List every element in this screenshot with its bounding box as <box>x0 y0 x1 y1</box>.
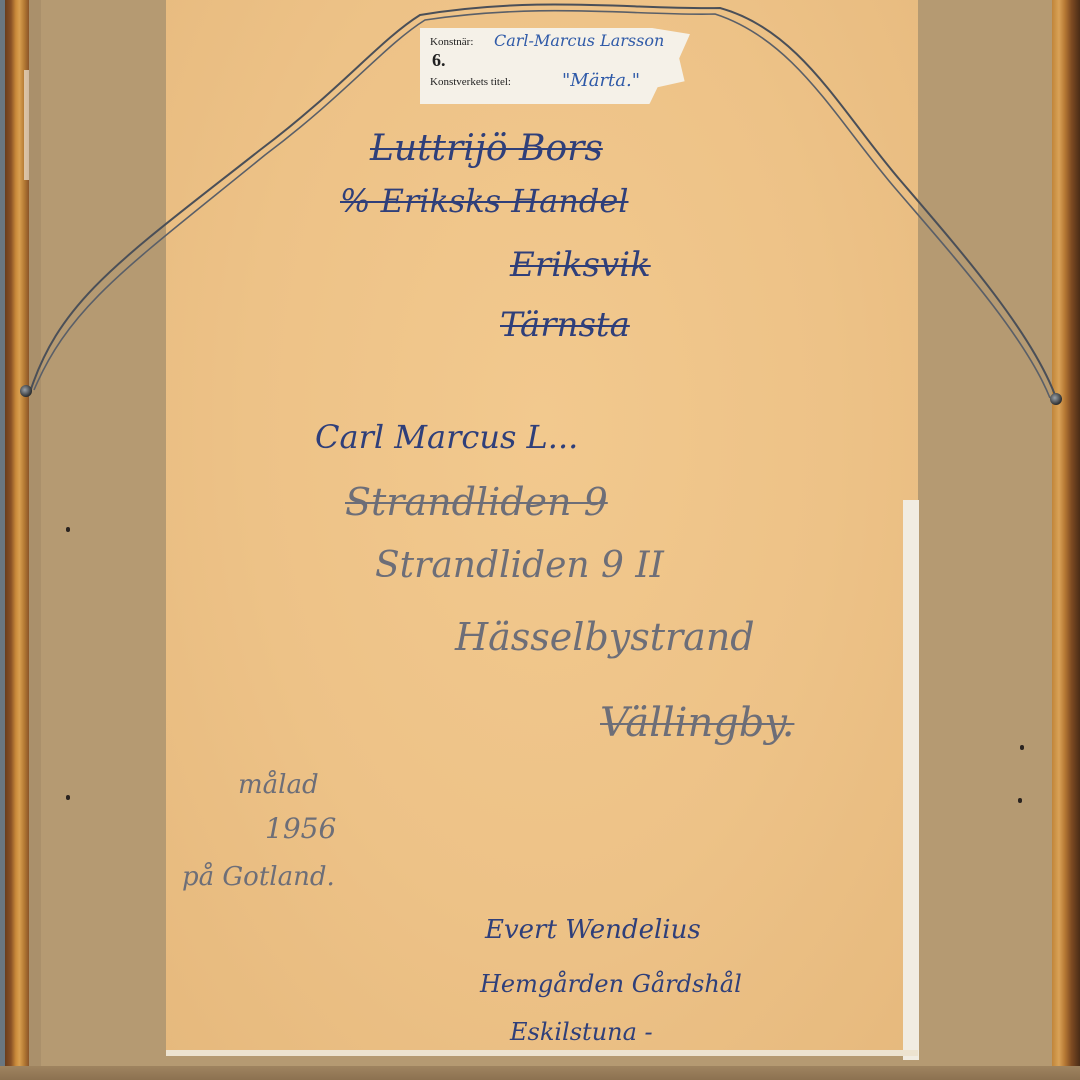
wire-screw-right <box>1050 393 1062 405</box>
wire-screw-left <box>20 385 32 397</box>
hanging-wire <box>0 0 1080 1080</box>
artwork-back-photo: Konstnär: 6. Konstverkets titel: Carl-Ma… <box>0 0 1080 1080</box>
